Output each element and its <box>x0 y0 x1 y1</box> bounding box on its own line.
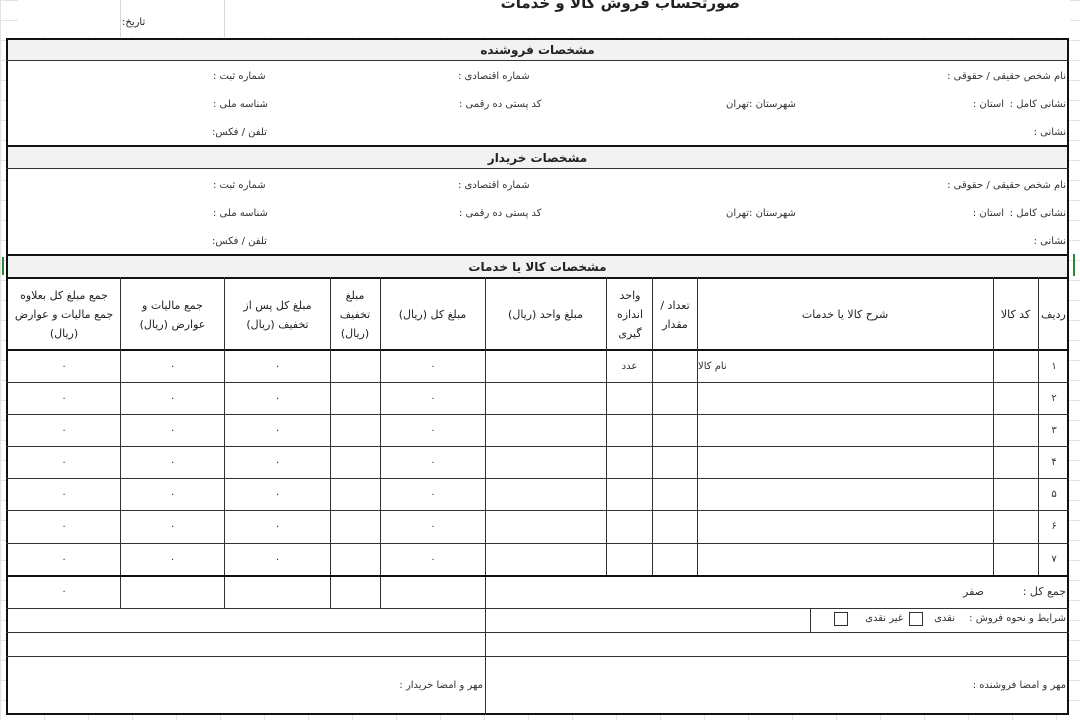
seller-address-label[interactable]: نشانی : <box>1034 127 1066 138</box>
col-header-code: کد کالا <box>993 279 1038 350</box>
col-divider <box>652 277 653 575</box>
buyer-name-label[interactable]: نام شخص حقیقی / حقوقی : <box>947 180 1066 191</box>
seller-registration-no-label[interactable]: شماره ثبت : <box>213 71 266 82</box>
cell-row-number: ۳ <box>1039 414 1069 446</box>
row-divider <box>6 575 1069 577</box>
cell-tax[interactable]: ۰ <box>121 382 224 414</box>
divider <box>6 60 1069 61</box>
cell-after-discount[interactable]: ۰ <box>225 510 330 543</box>
terms-label: شرایط و نحوه فروش : <box>969 613 1066 624</box>
buyer-phone-label[interactable]: تلفن / فکس: <box>212 236 267 247</box>
cell-after-discount[interactable]: ۰ <box>225 382 330 414</box>
cell-grand-total[interactable]: ۰ <box>8 510 120 543</box>
cell-after-discount[interactable]: ۰ <box>225 350 330 382</box>
cell-after-discount[interactable]: ۰ <box>225 543 330 575</box>
seller-economic-no-label[interactable]: شماره اقتصادی : <box>458 71 530 82</box>
cell-after-discount[interactable]: ۰ <box>225 478 330 510</box>
cash-checkbox[interactable] <box>909 612 923 626</box>
cell-grand-total[interactable]: ۰ <box>8 382 120 414</box>
cell-after-discount[interactable]: ۰ <box>225 414 330 446</box>
buyer-address-full-label: نشانی کامل : <box>1010 208 1066 219</box>
cell-tax[interactable]: ۰ <box>121 510 224 543</box>
buyer-address-label[interactable]: نشانی : <box>1034 236 1066 247</box>
cell-row-number: ۶ <box>1039 510 1069 543</box>
col-header-tax: جمع مالیات و عوارض (ریال) <box>121 279 224 350</box>
seller-province-label[interactable]: استان : <box>973 99 1004 110</box>
cash-label: نقدی <box>934 613 955 624</box>
cell-total[interactable]: ۰ <box>381 350 485 382</box>
cell-grand-total[interactable]: ۰ <box>8 414 120 446</box>
col-header-total: مبلغ کل (ریال) <box>380 279 485 350</box>
col-divider <box>485 608 486 715</box>
divider <box>6 632 1069 633</box>
cell-unit[interactable]: عدد <box>607 350 652 382</box>
col-header-grand-total: جمع مبلغ کل بعلاوه جمع مالیات و عوارض (ر… <box>8 279 120 350</box>
date-label[interactable]: تاریخ: <box>122 17 145 28</box>
col-header-row: ردیف <box>1038 279 1069 350</box>
cell-total[interactable]: ۰ <box>381 382 485 414</box>
grand-total-value[interactable]: ۰ <box>8 575 120 608</box>
cell-total[interactable]: ۰ <box>381 414 485 446</box>
divider <box>6 145 1069 147</box>
seller-address-full-label: نشانی کامل : <box>1010 99 1066 110</box>
cell-tax[interactable]: ۰ <box>121 414 224 446</box>
seller-postal-code-label[interactable]: کد پستی ده رقمی : <box>459 99 542 110</box>
cell-description[interactable]: نام کالا <box>698 350 991 382</box>
col-header-after-discount: مبلغ کل پس از تخفیف (ریال) <box>225 279 330 350</box>
cell-total[interactable]: ۰ <box>381 510 485 543</box>
cell-grand-total[interactable]: ۰ <box>8 543 120 575</box>
products-section-header: مشخصات کالا یا خدمات <box>8 256 1067 277</box>
cell-grand-total[interactable]: ۰ <box>8 478 120 510</box>
col-header-unit-price: مبلغ واحد (ریال) <box>485 279 606 350</box>
buyer-section-header: مشخصات خریدار <box>8 147 1067 168</box>
col-header-unit: واحد اندازه گیری <box>608 279 652 350</box>
selection-marker <box>2 257 4 275</box>
buyer-province-label[interactable]: استان : <box>973 208 1004 219</box>
seller-national-id-label[interactable]: شناسه ملی : <box>213 99 268 110</box>
divider <box>6 656 1069 657</box>
noncash-checkbox[interactable] <box>834 612 848 626</box>
buyer-postal-code-label[interactable]: کد پستی ده رقمی : <box>459 208 542 219</box>
cell-after-discount[interactable]: ۰ <box>225 446 330 478</box>
seller-phone-label[interactable]: تلفن / فکس: <box>212 127 267 138</box>
cell-row-number: ۵ <box>1039 478 1069 510</box>
cell-total[interactable]: ۰ <box>381 446 485 478</box>
noncash-label: غیر نقدی <box>865 613 903 624</box>
cell-tax[interactable]: ۰ <box>121 478 224 510</box>
seller-section-header: مشخصات فروشنده <box>8 40 1067 60</box>
col-divider <box>606 277 607 575</box>
col-header-description: شرح کالا یا خدمات <box>697 279 993 350</box>
sum-in-words[interactable]: صفر <box>963 585 984 598</box>
buyer-economic-no-label[interactable]: شماره اقتصادی : <box>458 180 530 191</box>
divider <box>6 608 1069 609</box>
seller-signature-label[interactable]: مهر و امضا فروشنده : <box>973 680 1066 691</box>
seller-name-label[interactable]: نام شخص حقیقی / حقوقی : <box>947 71 1066 82</box>
col-header-discount: مبلغ تخفیف (ریال) <box>331 279 379 350</box>
cell-row-number: ۷ <box>1039 543 1069 575</box>
cell-grand-total[interactable]: ۰ <box>8 350 120 382</box>
sum-label: جمع کل : <box>1023 585 1066 598</box>
cell-tax[interactable]: ۰ <box>121 446 224 478</box>
seller-city-label[interactable]: شهرستان :تهران <box>726 99 796 110</box>
selection-marker <box>1073 254 1075 276</box>
cell-total[interactable]: ۰ <box>381 543 485 575</box>
col-divider <box>810 608 811 632</box>
divider <box>6 254 1069 256</box>
cell-grand-total[interactable]: ۰ <box>8 446 120 478</box>
cell-divider <box>120 0 121 37</box>
buyer-signature-label[interactable]: مهر و امضا خریدار : <box>399 680 483 691</box>
document-title: صورتحساب فروش کالا و خدمات <box>501 0 740 12</box>
cell-row-number: ۲ <box>1039 382 1069 414</box>
buyer-national-id-label[interactable]: شناسه ملی : <box>213 208 268 219</box>
divider <box>6 168 1069 169</box>
cell-row-number: ۴ <box>1039 446 1069 478</box>
col-header-quantity: تعداد / مقدار <box>654 279 696 350</box>
buyer-registration-no-label[interactable]: شماره ثبت : <box>213 180 266 191</box>
cell-total[interactable]: ۰ <box>381 478 485 510</box>
buyer-city-label[interactable]: شهرستان :تهران <box>726 208 796 219</box>
cell-divider <box>224 0 225 37</box>
cell-tax[interactable]: ۰ <box>121 350 224 382</box>
cell-row-number: ۱ <box>1039 350 1069 382</box>
cell-tax[interactable]: ۰ <box>121 543 224 575</box>
